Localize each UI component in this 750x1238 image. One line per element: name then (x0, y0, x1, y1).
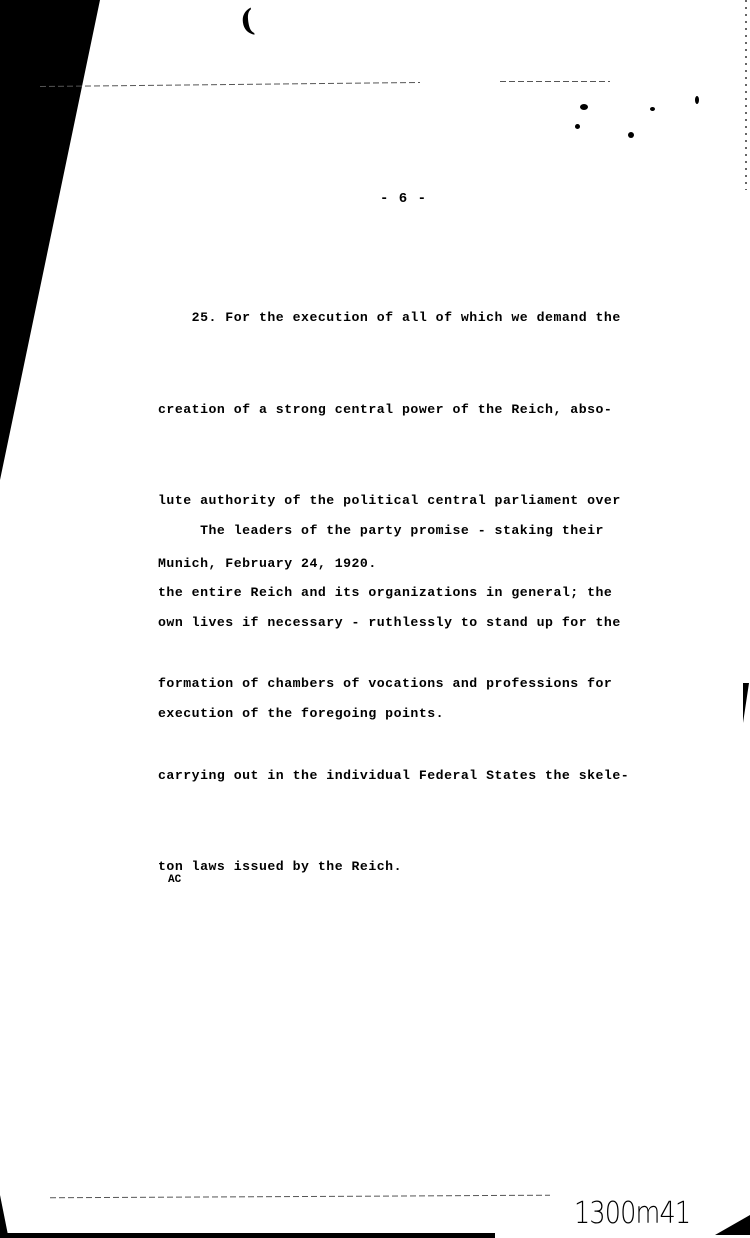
scan-noise-right-edge (745, 0, 747, 190)
text-line: execution of the foregoing points. (158, 699, 658, 730)
handwritten-top-mark: ( (238, 3, 257, 40)
ink-blot (695, 96, 699, 104)
typist-initials: AC (168, 874, 181, 886)
fold-line-top-right (500, 81, 610, 82)
text-line: ton laws issued by the Reich. (158, 852, 658, 883)
scan-shadow-bottom-left (0, 1195, 8, 1235)
scan-shadow-bottom (0, 1233, 495, 1238)
text-line: 25. For the execution of all of which we… (158, 303, 658, 334)
page-number: - 6 - (380, 191, 427, 207)
scan-shadow-top-left (0, 0, 100, 480)
text-line: The leaders of the party promise - staki… (158, 516, 658, 547)
ink-blot (628, 132, 634, 138)
paragraph-leaders-promise: The leaders of the party promise - staki… (158, 455, 658, 791)
scan-mark-right (743, 683, 749, 723)
dateline: Munich, February 24, 1920. (158, 549, 658, 580)
text-line: own lives if necessary - ruthlessly to s… (158, 608, 658, 639)
scan-shadow-left-edge (0, 150, 14, 300)
ink-blot (575, 124, 580, 129)
text-line: creation of a strong central power of th… (158, 395, 658, 426)
fold-line-bottom (50, 1195, 550, 1199)
scanned-document-page: ( - 6 - 25. For the execution of all of … (0, 0, 750, 1238)
handwritten-annotation: 1300m41 (574, 1196, 690, 1231)
ink-blot (580, 104, 588, 110)
ink-blot (650, 107, 655, 111)
scan-shadow-bottom-right (715, 1215, 750, 1235)
